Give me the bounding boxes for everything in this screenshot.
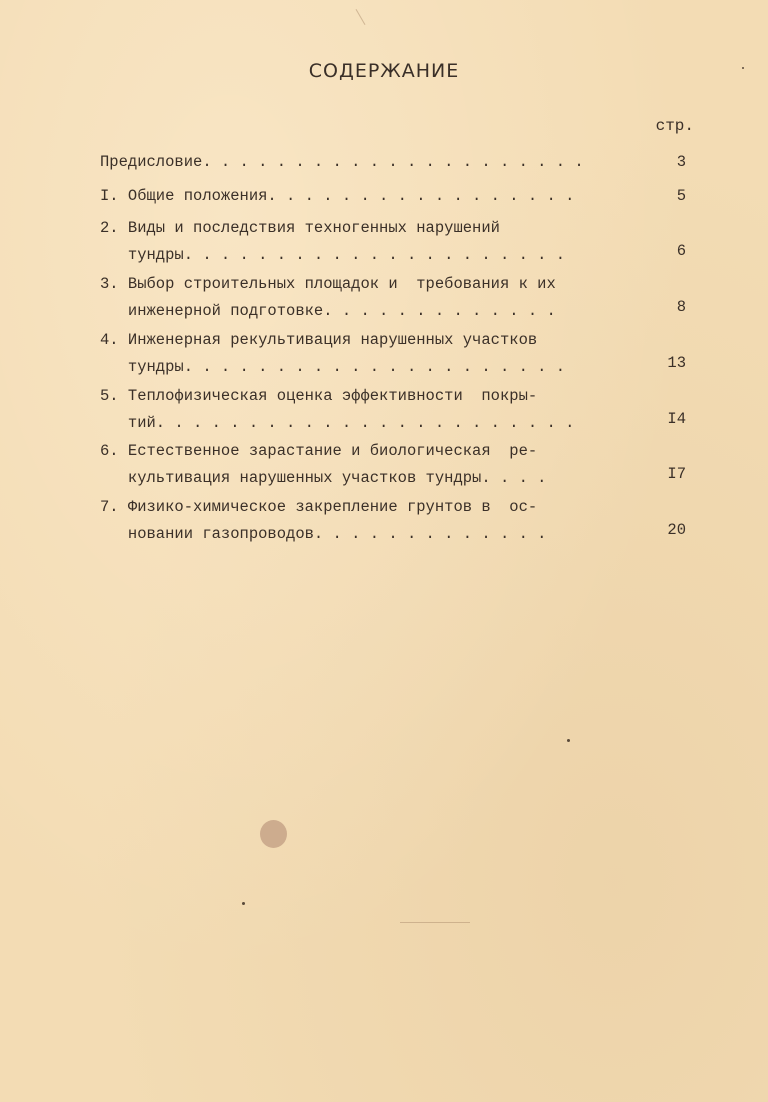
document-page: СОДЕРЖАНИЕ стр. Предисловие. . . . . . .…	[0, 0, 768, 1102]
paper-speck	[242, 902, 245, 905]
paper-scratch	[400, 922, 470, 923]
toc-entry-text: I. Общие положения. . . . . . . . . . . …	[100, 186, 574, 206]
toc-entry-text: 5. Теплофизическая оценка эффективности …	[100, 386, 537, 406]
toc-entry-text: культивация нарушенных участков тундры. …	[100, 468, 546, 488]
toc-entry-text: 7. Физико-химическое закрепление грунтов…	[100, 497, 537, 517]
paper-speck	[567, 739, 570, 742]
paper-scratch	[356, 9, 366, 25]
paper-stain	[260, 820, 287, 848]
toc-entry-page-number: 13	[667, 353, 686, 373]
toc-entry-page-number: 20	[667, 520, 686, 540]
toc-entry-text: 4. Инженерная рекультивация нарушенных у…	[100, 330, 537, 350]
toc-entry-text: тий. . . . . . . . . . . . . . . . . . .…	[100, 413, 574, 433]
toc-entry-page-number: I4	[667, 409, 686, 429]
toc-entry-text: новании газопроводов. . . . . . . . . . …	[100, 524, 546, 544]
toc-entry-text: тундры. . . . . . . . . . . . . . . . . …	[100, 357, 565, 377]
toc-entry-text: тундры. . . . . . . . . . . . . . . . . …	[100, 245, 565, 265]
toc-entry-text: 2. Виды и последствия техногенных наруше…	[100, 218, 500, 238]
toc-entry-page-number: I7	[667, 464, 686, 484]
paper-speck	[742, 67, 744, 69]
toc-entry-page-number: 8	[677, 297, 686, 317]
toc-entry-page-number: 5	[677, 186, 686, 206]
toc-entry-page-number: 6	[677, 241, 686, 261]
page-column-label: стр.	[656, 117, 694, 135]
toc-entry-text: Предисловие. . . . . . . . . . . . . . .…	[100, 152, 584, 172]
toc-entry-text: инженерной подготовке. . . . . . . . . .…	[100, 301, 556, 321]
toc-entry-text: 6. Естественное зарастание и биологическ…	[100, 441, 537, 461]
page-title: СОДЕРЖАНИЕ	[0, 60, 768, 82]
toc-entry-page-number: 3	[677, 152, 686, 172]
toc-entry-text: 3. Выбор строительных площадок и требова…	[100, 274, 556, 294]
